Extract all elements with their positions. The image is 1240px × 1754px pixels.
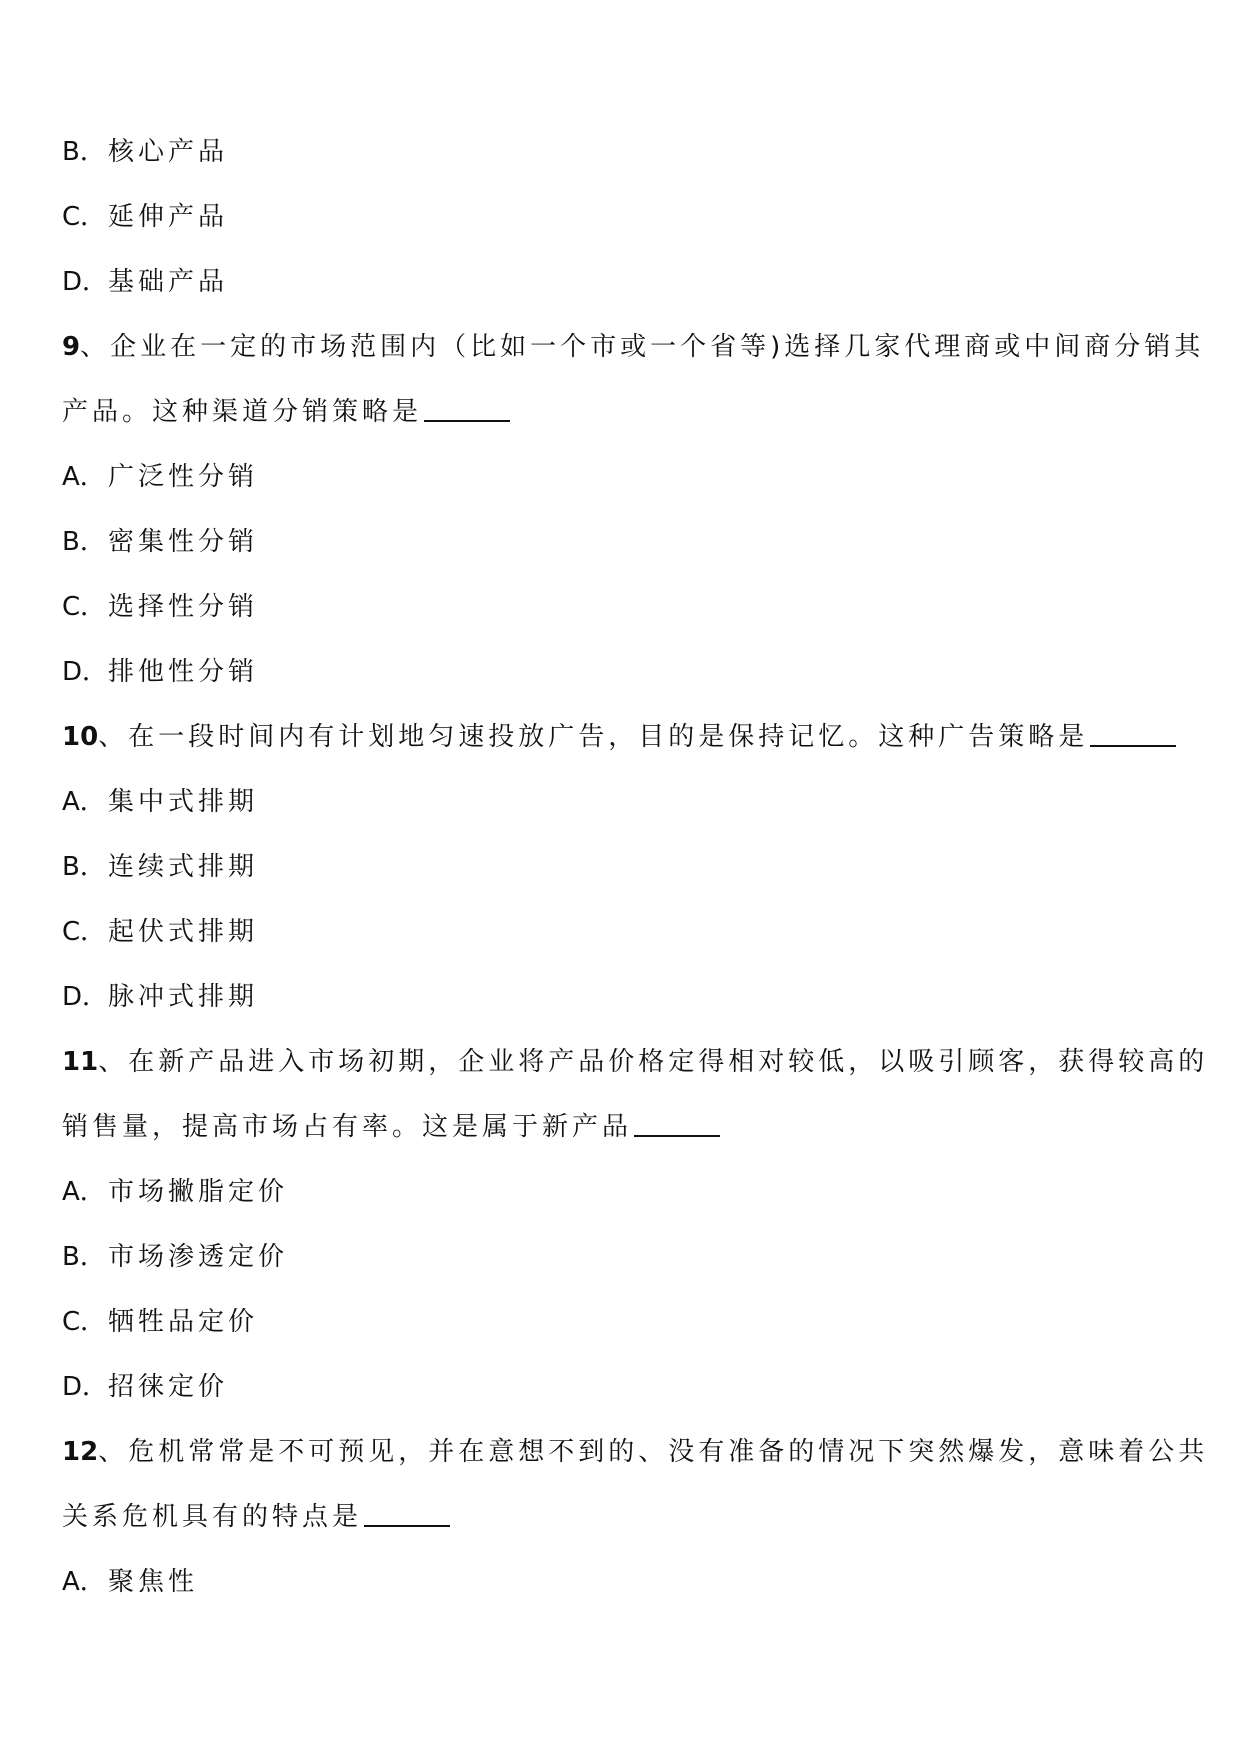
option-text: 广泛性分销 — [108, 462, 258, 492]
question-text: 销售量，提高市场占有率。这是属于新产品 — [62, 1112, 632, 1142]
option-q9-b: B．密集性分销 — [62, 516, 1182, 581]
question-text: 、在一段时间内有计划地匀速投放广告，目的是保持记忆。这种广告策略是 — [98, 722, 1088, 752]
question-12-line2: 关系危机具有的特点是 — [62, 1491, 1182, 1556]
option-q11-c: C．牺牲品定价 — [62, 1296, 1182, 1361]
option-letter: C． — [62, 581, 108, 633]
option-text: 基础产品 — [108, 267, 228, 297]
question-11-line1: 11、在新产品进入市场初期，企业将产品价格定得相对较低，以吸引顾客，获得较高的 — [62, 1036, 1182, 1101]
question-12-line1: 12、危机常常是不可预见，并在意想不到的、没有准备的情况下突然爆发，意味着公共 — [62, 1426, 1182, 1491]
option-letter: B． — [62, 516, 108, 568]
option-q8-d: D．基础产品 — [62, 256, 1182, 321]
question-9-line1: 9、企业在一定的市场范围内（比如一个市或一个省等)选择几家代理商或中间商分销其 — [62, 321, 1182, 386]
option-q11-d: D．招徕定价 — [62, 1361, 1182, 1426]
question-10-line1: 10、在一段时间内有计划地匀速投放广告，目的是保持记忆。这种广告策略是 — [62, 711, 1182, 776]
question-11-line2: 销售量，提高市场占有率。这是属于新产品 — [62, 1101, 1182, 1166]
option-letter: A． — [62, 1556, 108, 1608]
option-q8-b: B．核心产品 — [62, 126, 1182, 191]
option-letter: C． — [62, 1296, 108, 1348]
option-text: 脉冲式排期 — [108, 982, 258, 1012]
option-letter: C． — [62, 191, 108, 243]
option-letter: A． — [62, 776, 108, 828]
option-q11-b: B．市场渗透定价 — [62, 1231, 1182, 1296]
option-text: 核心产品 — [108, 137, 228, 167]
option-q10-c: C．起伏式排期 — [62, 906, 1182, 971]
option-text: 选择性分销 — [108, 592, 258, 622]
option-text: 延伸产品 — [108, 202, 228, 232]
option-text: 招徕定价 — [108, 1372, 228, 1402]
option-q12-a: A．聚焦性 — [62, 1556, 1182, 1621]
option-text: 市场撇脂定价 — [108, 1177, 288, 1207]
option-q9-d: D．排他性分销 — [62, 646, 1182, 711]
answer-blank — [364, 1495, 450, 1527]
option-text: 排他性分销 — [108, 657, 258, 687]
option-text: 牺牲品定价 — [108, 1307, 258, 1337]
option-q10-d: D．脉冲式排期 — [62, 971, 1182, 1036]
option-letter: B． — [62, 841, 108, 893]
answer-blank — [424, 390, 510, 422]
question-text: 、企业在一定的市场范围内（比如一个市或一个省等)选择几家代理商或中间商分销其 — [80, 332, 1204, 362]
option-letter: A． — [62, 451, 108, 503]
option-q10-b: B．连续式排期 — [62, 841, 1182, 906]
question-9-line2: 产品。这种渠道分销策略是 — [62, 386, 1182, 451]
option-letter: D． — [62, 256, 108, 308]
option-q10-a: A．集中式排期 — [62, 776, 1182, 841]
option-letter: B． — [62, 1231, 108, 1283]
option-text: 连续式排期 — [108, 852, 258, 882]
question-number: 10 — [62, 722, 98, 752]
exam-page: B．核心产品 C．延伸产品 D．基础产品 9、企业在一定的市场范围内（比如一个市… — [62, 126, 1182, 1621]
option-letter: A． — [62, 1166, 108, 1218]
option-text: 集中式排期 — [108, 787, 258, 817]
question-number: 11 — [62, 1047, 98, 1077]
option-q11-a: A．市场撇脂定价 — [62, 1166, 1182, 1231]
question-text: 产品。这种渠道分销策略是 — [62, 397, 422, 427]
question-text: 、在新产品进入市场初期，企业将产品价格定得相对较低，以吸引顾客，获得较高的 — [98, 1047, 1208, 1077]
option-text: 起伏式排期 — [108, 917, 258, 947]
answer-blank — [1090, 715, 1176, 747]
option-text: 密集性分销 — [108, 527, 258, 557]
option-q9-a: A．广泛性分销 — [62, 451, 1182, 516]
question-number: 9 — [62, 332, 80, 362]
question-text: 关系危机具有的特点是 — [62, 1502, 362, 1532]
question-text: 、危机常常是不可预见，并在意想不到的、没有准备的情况下突然爆发，意味着公共 — [98, 1437, 1208, 1467]
option-letter: D． — [62, 1361, 108, 1413]
answer-blank — [634, 1105, 720, 1137]
option-q9-c: C．选择性分销 — [62, 581, 1182, 646]
option-text: 市场渗透定价 — [108, 1242, 288, 1272]
option-q8-c: C．延伸产品 — [62, 191, 1182, 256]
option-letter: D． — [62, 971, 108, 1023]
option-letter: D． — [62, 646, 108, 698]
option-letter: C． — [62, 906, 108, 958]
option-letter: B． — [62, 126, 108, 178]
option-text: 聚焦性 — [108, 1567, 198, 1597]
question-number: 12 — [62, 1437, 98, 1467]
